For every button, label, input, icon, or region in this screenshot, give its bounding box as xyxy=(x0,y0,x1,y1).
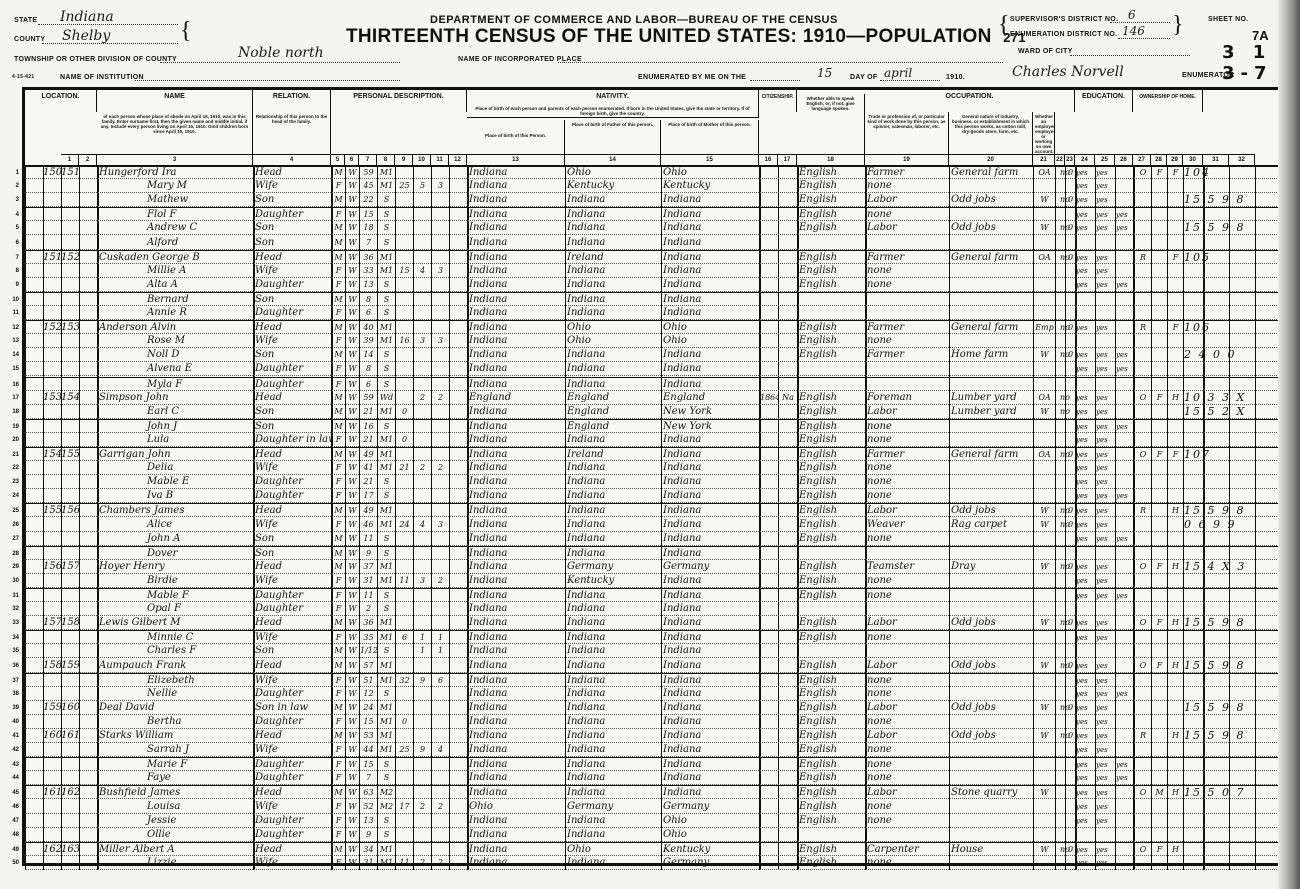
table-row[interactable]: 1111Annie RDaughterFW6SIndianaIndianaInd… xyxy=(25,306,1281,320)
table-row[interactable]: 55Andrew CSonMW18SIndianaIndianaIndianaE… xyxy=(25,221,1281,235)
row-number: 27 xyxy=(5,532,19,546)
can-read: yes xyxy=(1076,348,1095,362)
table-row[interactable]: 3232Opal FDaughterFW2SIndianaIndianaIndi… xyxy=(25,602,1281,616)
person-name: Annie R xyxy=(99,306,253,320)
employer-status xyxy=(1034,674,1055,688)
children-born xyxy=(414,715,431,729)
table-row[interactable]: 33MathewSonMW22SIndianaIndianaIndianaEng… xyxy=(25,193,1281,207)
relation: Wife xyxy=(255,518,331,532)
school xyxy=(1116,378,1133,392)
immigration-year xyxy=(760,729,778,743)
sex: F xyxy=(332,856,345,870)
weeks-out xyxy=(1066,405,1075,419)
language: English xyxy=(799,786,865,800)
farm-house xyxy=(1168,193,1183,207)
free-mortgaged xyxy=(1152,348,1167,362)
school: yes xyxy=(1116,589,1133,603)
free-mortgaged xyxy=(1152,814,1167,828)
schedule-number xyxy=(1184,489,1264,503)
children-born xyxy=(414,208,431,222)
row-number: 8 xyxy=(5,264,19,278)
owned-rented xyxy=(1135,264,1151,278)
immigration-year xyxy=(760,236,778,250)
schedule-number: 2 4 0 0 xyxy=(1184,348,1264,362)
dwelling-number xyxy=(43,602,61,616)
employer-status: Emp xyxy=(1034,321,1055,335)
can-read: yes xyxy=(1076,475,1095,489)
years-married xyxy=(396,193,413,207)
table-row[interactable]: 22Mary MWifeFW45M12553IndianaKentuckyKen… xyxy=(25,179,1281,193)
row-number: 11 xyxy=(5,306,19,320)
dwelling-number xyxy=(43,489,61,503)
free-mortgaged xyxy=(1152,461,1167,475)
dwelling-number xyxy=(43,518,61,532)
farm-house xyxy=(1168,631,1183,645)
father-birthplace: Indiana xyxy=(567,771,661,785)
table-row[interactable]: 66AlfordSonMW7SIndianaIndianaIndiana xyxy=(25,236,1281,250)
marital-status: S xyxy=(378,814,395,828)
age: 52 xyxy=(360,800,377,814)
trade xyxy=(867,362,949,376)
children-living: 6 xyxy=(432,674,449,688)
free-mortgaged xyxy=(1152,518,1167,532)
naturalization xyxy=(779,674,797,688)
weeks-out xyxy=(1066,391,1075,405)
table-row[interactable]: 3535Charles FSonMW1/12S11IndianaIndianaI… xyxy=(25,644,1281,658)
birthplace: Indiana xyxy=(469,659,565,673)
relation: Head xyxy=(255,729,331,743)
marital-status: S xyxy=(378,828,395,842)
employer-status: W xyxy=(1034,560,1055,574)
industry: Odd jobs xyxy=(951,221,1033,235)
table-row[interactable]: 1313Rose MWifeFW39M11633IndianaOhioOhioE… xyxy=(25,334,1281,348)
can-write: yes xyxy=(1096,405,1115,419)
dwelling-number xyxy=(43,293,61,307)
race: W xyxy=(346,715,359,729)
trade: Farmer xyxy=(867,321,949,335)
owned-rented xyxy=(1135,193,1151,207)
industry xyxy=(951,547,1033,561)
person-name: Rose M xyxy=(99,334,253,348)
relation: Wife xyxy=(255,631,331,645)
marital-status: M1 xyxy=(378,321,395,335)
table-row[interactable]: 3333157158Lewis Gilbert MHeadMW36M1India… xyxy=(25,616,1281,630)
children-born: 1 xyxy=(414,644,431,658)
relation: Son xyxy=(255,547,331,561)
can-read: yes xyxy=(1076,405,1095,419)
years-married xyxy=(396,321,413,335)
free-mortgaged xyxy=(1152,701,1167,715)
dwelling-number xyxy=(43,800,61,814)
owned-rented xyxy=(1135,348,1151,362)
can-write: yes xyxy=(1096,674,1115,688)
children-living: 2 xyxy=(432,391,449,405)
farm-house: H xyxy=(1168,843,1183,857)
years-married xyxy=(396,659,413,673)
mother-birthplace: Indiana xyxy=(663,362,759,376)
mother-birthplace: Indiana xyxy=(663,518,759,532)
children-living xyxy=(432,560,449,574)
trade-header: Trade or profession of, or particular ki… xyxy=(865,112,949,154)
marital-status: S xyxy=(378,236,395,250)
family-number xyxy=(61,674,79,688)
table-row[interactable]: 1919John JSonMW16SIndianaEnglandNew York… xyxy=(25,419,1281,433)
language: English xyxy=(799,321,865,335)
naturalization xyxy=(779,814,797,828)
age: 14 xyxy=(360,348,377,362)
table-row[interactable]: 4949162163Miller Albert AHeadMW34M1India… xyxy=(25,842,1281,856)
schedule-number xyxy=(1184,800,1264,814)
birthplace: Indiana xyxy=(469,193,565,207)
mother-birthplace: Ohio xyxy=(663,828,759,842)
farm-house xyxy=(1168,771,1183,785)
school xyxy=(1116,674,1133,688)
group-name: NAME xyxy=(97,90,253,112)
language: English xyxy=(799,856,865,870)
children-born xyxy=(414,843,431,857)
children-born xyxy=(414,362,431,376)
naturalization xyxy=(779,574,797,588)
free-mortgaged xyxy=(1152,420,1167,434)
person-name: Garrigan John xyxy=(99,448,253,462)
dwelling-number: 162 xyxy=(43,843,61,857)
naturalization xyxy=(779,701,797,715)
person-name: Lula xyxy=(99,433,253,447)
mother-birthplace: Ohio xyxy=(663,321,759,335)
table-row[interactable]: 3939159160Deal DavidSon in lawMW24M1Indi… xyxy=(25,701,1281,715)
row-number: 43 xyxy=(5,758,19,772)
table-row[interactable]: 1717153154Simpson JohnHeadMW59Wd22Englan… xyxy=(25,391,1281,405)
years-married xyxy=(396,362,413,376)
free-mortgaged xyxy=(1152,193,1167,207)
language: English xyxy=(799,518,865,532)
children-living xyxy=(432,278,449,292)
table-row[interactable]: 3737ElizebethWifeFW51M13296IndianaIndian… xyxy=(25,673,1281,687)
trade: none xyxy=(867,532,949,546)
industry xyxy=(951,264,1033,278)
mother-birthplace: New York xyxy=(663,420,759,434)
table-row[interactable]: 88Millie AWifeFW33M11543IndianaIndianaIn… xyxy=(25,264,1281,278)
mother-birthplace: Indiana xyxy=(663,221,759,235)
naturalization xyxy=(779,236,797,250)
table-row[interactable]: 1212152153Anderson AlvinHeadMW40M1Indian… xyxy=(25,320,1281,334)
free-mortgaged xyxy=(1152,758,1167,772)
language: English xyxy=(799,771,865,785)
can-write: yes xyxy=(1096,616,1115,630)
row-number: 48 xyxy=(5,828,19,842)
race: W xyxy=(346,321,359,335)
table-row[interactable]: 44Flol FDaughterFW15SIndianaIndianaIndia… xyxy=(25,207,1281,221)
table-row[interactable]: 2828DoverSonMW9SIndianaIndianaIndiana xyxy=(25,546,1281,560)
can-write: yes xyxy=(1096,420,1115,434)
table-row[interactable]: 4444FayeDaughterFW7SIndianaIndianaIndian… xyxy=(25,771,1281,785)
farm-house xyxy=(1168,405,1183,419)
table-row[interactable]: 4242Sarrah JWifeFW44M12594IndianaIndiana… xyxy=(25,743,1281,757)
weeks-out: 0 xyxy=(1066,560,1075,574)
family-number xyxy=(61,800,79,814)
farm-house xyxy=(1168,461,1183,475)
mother-birthplace: New York xyxy=(663,405,759,419)
dwelling-number xyxy=(43,433,61,447)
row-number: 28 xyxy=(5,547,19,561)
school xyxy=(1116,293,1133,307)
school: yes xyxy=(1116,489,1133,503)
language: English xyxy=(799,179,865,193)
father-birthplace: Indiana xyxy=(567,348,661,362)
school: yes xyxy=(1116,532,1133,546)
father-birthplace: Indiana xyxy=(567,856,661,870)
language xyxy=(799,602,865,616)
table-row[interactable]: 77151152Cuskaden George BHeadMW36M1India… xyxy=(25,250,1281,264)
age: 39 xyxy=(360,334,377,348)
farm-house xyxy=(1168,800,1183,814)
row-number: 45 xyxy=(5,786,19,800)
table-row[interactable]: 1616Myla FDaughterFW6SIndianaIndianaIndi… xyxy=(25,377,1281,391)
person-name: Nellie xyxy=(99,687,253,701)
row-number: 31 xyxy=(5,589,19,603)
birthplace: Indiana xyxy=(469,602,565,616)
language: English xyxy=(799,504,865,518)
trade: Farmer xyxy=(867,448,949,462)
table-row[interactable]: 1515Alvena EDaughterFW8SIndianaIndianaIn… xyxy=(25,362,1281,376)
dwelling-number xyxy=(43,743,61,757)
dwelling-number xyxy=(43,461,61,475)
table-row[interactable]: 2626AliceWifeFW46M12443IndianaIndianaInd… xyxy=(25,518,1281,532)
race: W xyxy=(346,166,359,180)
person-name: Hungerford Ira xyxy=(99,166,253,180)
father-birthplace: Indiana xyxy=(567,828,661,842)
sex: F xyxy=(332,602,345,616)
table-row[interactable]: 99Alta ADaughterFW13SIndianaIndianaIndia… xyxy=(25,278,1281,292)
can-read xyxy=(1076,306,1095,320)
table-row[interactable]: 2121154155Garrigan JohnHeadMW49M1Indiana… xyxy=(25,447,1281,461)
group-location: LOCATION. xyxy=(25,90,97,112)
naturalization: Na xyxy=(779,391,797,405)
employer-status xyxy=(1034,475,1055,489)
free-mortgaged xyxy=(1152,743,1167,757)
years-married xyxy=(396,644,413,658)
school: yes xyxy=(1116,278,1133,292)
row-number: 33 xyxy=(5,616,19,630)
school xyxy=(1116,547,1133,561)
children-born xyxy=(414,504,431,518)
marital-status: M1 xyxy=(378,448,395,462)
years-married: 15 xyxy=(396,264,413,278)
table-row[interactable]: 1414Noll DSonMW14SIndianaIndianaIndianaE… xyxy=(25,348,1281,362)
language: English xyxy=(799,166,865,180)
schedule-number xyxy=(1184,828,1264,842)
year: 1910. xyxy=(946,74,965,81)
race: W xyxy=(346,448,359,462)
family-number xyxy=(61,758,79,772)
table-row[interactable]: 2525155156Chambers JamesHeadMW49M1Indian… xyxy=(25,503,1281,517)
years-married xyxy=(396,420,413,434)
age: 53 xyxy=(360,729,377,743)
children-born xyxy=(414,532,431,546)
mother-birthplace: Indiana xyxy=(663,715,759,729)
father-birthplace: Indiana xyxy=(567,743,661,757)
naturalization xyxy=(779,475,797,489)
father-birthplace: Indiana xyxy=(567,208,661,222)
relation: Wife xyxy=(255,179,331,193)
person-name: Delia xyxy=(99,461,253,475)
free-mortgaged xyxy=(1152,362,1167,376)
father-birthplace: Indiana xyxy=(567,644,661,658)
column-number: 19 xyxy=(865,154,949,165)
table-row[interactable]: 3838NellieDaughterFW12SIndianaIndianaInd… xyxy=(25,687,1281,701)
immigration-year xyxy=(760,378,778,392)
family-number: 154 xyxy=(61,391,79,405)
industry xyxy=(951,814,1033,828)
race: W xyxy=(346,602,359,616)
free-mortgaged xyxy=(1152,208,1167,222)
can-write: yes xyxy=(1096,743,1115,757)
table-row[interactable]: 4848OllieDaughterFW9SIndianaIndianaOhio xyxy=(25,828,1281,842)
immigration-year xyxy=(760,771,778,785)
free-mortgaged xyxy=(1152,378,1167,392)
table-row[interactable]: 11150151Hungerford IraHeadMW59M1IndianaO… xyxy=(25,165,1281,179)
farm-house: F xyxy=(1168,251,1183,265)
weeks-out xyxy=(1066,420,1075,434)
family-number xyxy=(61,405,79,419)
mother-birthplace: Indiana xyxy=(663,433,759,447)
marital-status: S xyxy=(378,589,395,603)
farm-house xyxy=(1168,306,1183,320)
language: English xyxy=(799,348,865,362)
mother-birthplace: Indiana xyxy=(663,532,759,546)
trade xyxy=(867,828,949,842)
table-row[interactable]: 2323Mable EDaughterFW21SIndianaIndianaIn… xyxy=(25,475,1281,489)
years-married: 0 xyxy=(396,433,413,447)
race: W xyxy=(346,743,359,757)
schedule-number xyxy=(1184,631,1264,645)
schedule-number: 15 4 X 3 xyxy=(1184,560,1264,574)
language: English xyxy=(799,758,865,772)
table-row[interactable]: 4040BerthaDaughterFW15M10IndianaIndianaI… xyxy=(25,715,1281,729)
schedule-number: 105 xyxy=(1184,251,1264,265)
naturalization xyxy=(779,251,797,265)
table-row[interactable]: 4747JessieDaughterFW13SIndianaIndianaOhi… xyxy=(25,814,1281,828)
marital-status: M1 xyxy=(378,743,395,757)
ward-label: WARD OF CITY xyxy=(1018,48,1073,55)
race: W xyxy=(346,589,359,603)
father-birthplace: Indiana xyxy=(567,659,661,673)
table-row[interactable]: 3131Mable FDaughterFW11SIndianaIndianaIn… xyxy=(25,588,1281,602)
naturalization xyxy=(779,489,797,503)
marital-status: M1 xyxy=(378,504,395,518)
dwelling-number xyxy=(43,278,61,292)
row-number: 24 xyxy=(5,489,19,503)
table-row[interactable]: 3030BirdieWifeFW31M11132IndianaKentuckyI… xyxy=(25,574,1281,588)
naturalization xyxy=(779,743,797,757)
family-number xyxy=(61,420,79,434)
row-number: 46 xyxy=(5,800,19,814)
years-married xyxy=(396,378,413,392)
dwelling-number xyxy=(43,687,61,701)
children-living xyxy=(432,602,449,616)
father-birthplace: Indiana xyxy=(567,729,661,743)
relation: Wife xyxy=(255,461,331,475)
children-born: 4 xyxy=(414,518,431,532)
years-married xyxy=(396,278,413,292)
sex: F xyxy=(332,631,345,645)
table-row[interactable]: 4343Marie FDaughterFW15SIndianaIndianaIn… xyxy=(25,757,1281,771)
column-number: 4 xyxy=(253,154,331,165)
table-row[interactable]: 3636158159Aumpauch FrankHeadMW57M1Indian… xyxy=(25,659,1281,673)
children-born xyxy=(414,251,431,265)
sex: M xyxy=(332,348,345,362)
industry xyxy=(951,306,1033,320)
schedule-number xyxy=(1184,420,1264,434)
sex: M xyxy=(332,547,345,561)
school: yes xyxy=(1116,420,1133,434)
children-living xyxy=(432,771,449,785)
person-name: Mary M xyxy=(99,179,253,193)
owned-rented xyxy=(1135,758,1151,772)
farm-house xyxy=(1168,547,1183,561)
enumerated-label: ENUMERATED BY ME ON THE xyxy=(638,74,746,81)
immigration-year xyxy=(760,674,778,688)
race: W xyxy=(346,856,359,870)
industry xyxy=(951,433,1033,447)
family-number xyxy=(61,293,79,307)
table-row[interactable]: 2020LulaDaughter in lawFW21M10IndianaInd… xyxy=(25,433,1281,447)
weeks-out xyxy=(1066,208,1075,222)
person-name: Lewis Gilbert M xyxy=(99,616,253,630)
children-born xyxy=(414,771,431,785)
employer-header: Whether an employer, employee, or workin… xyxy=(1033,112,1055,154)
table-row[interactable]: 2727John ASonMW11SIndianaIndianaIndianaE… xyxy=(25,532,1281,546)
race: W xyxy=(346,193,359,207)
can-write: yes xyxy=(1096,433,1115,447)
trade: none xyxy=(867,814,949,828)
birthplace: Indiana xyxy=(469,475,565,489)
can-read: yes xyxy=(1076,715,1095,729)
table-row[interactable]: 2929156157Hoyer HenryHeadMW37M1IndianaGe… xyxy=(25,560,1281,574)
table-row[interactable]: 2222DeliaWifeFW41M12122IndianaIndianaInd… xyxy=(25,461,1281,475)
person-name: Ollie xyxy=(99,828,253,842)
table-row[interactable]: 1010BernardSonMW8SIndianaIndianaIndiana xyxy=(25,292,1281,306)
table-row[interactable]: 4545161162Bushfield JamesHeadMW63M2India… xyxy=(25,785,1281,799)
free-mortgaged xyxy=(1152,405,1167,419)
person-name: Mable E xyxy=(99,475,253,489)
dwelling-number xyxy=(43,715,61,729)
father-birthplace: Indiana xyxy=(567,461,661,475)
children-living xyxy=(432,475,449,489)
table-row[interactable]: 4646LouisaWifeFW52M21722OhioGermanyGerma… xyxy=(25,800,1281,814)
age: 31 xyxy=(360,856,377,870)
years-married: 6 xyxy=(396,631,413,645)
table-row[interactable]: 4141160161Starks WilliamHeadMW53M1Indian… xyxy=(25,729,1281,743)
sex: F xyxy=(332,378,345,392)
can-read: yes xyxy=(1076,504,1095,518)
table-row[interactable]: 5050LizzieWifeFW31M11122IndianaIndianaGe… xyxy=(25,856,1281,870)
weeks-out: 0 xyxy=(1066,729,1075,743)
table-row[interactable]: 2424Iva BDaughterFW17SIndianaIndianaIndi… xyxy=(25,489,1281,503)
trade: none xyxy=(867,771,949,785)
employer-status: OA xyxy=(1034,391,1055,405)
dwelling-number xyxy=(43,334,61,348)
can-read: yes xyxy=(1076,448,1095,462)
row-number: 34 xyxy=(5,631,19,645)
owned-rented xyxy=(1135,602,1151,616)
table-row[interactable]: 3434Minnie CWifeFW35M1611IndianaIndianaI… xyxy=(25,630,1281,644)
marital-status: M1 xyxy=(378,264,395,278)
table-row[interactable]: 1818Earl CSonMW21M10IndianaEnglandNew Yo… xyxy=(25,405,1281,419)
naturalization xyxy=(779,278,797,292)
family-number: 161 xyxy=(61,729,79,743)
free-mortgaged xyxy=(1152,221,1167,235)
